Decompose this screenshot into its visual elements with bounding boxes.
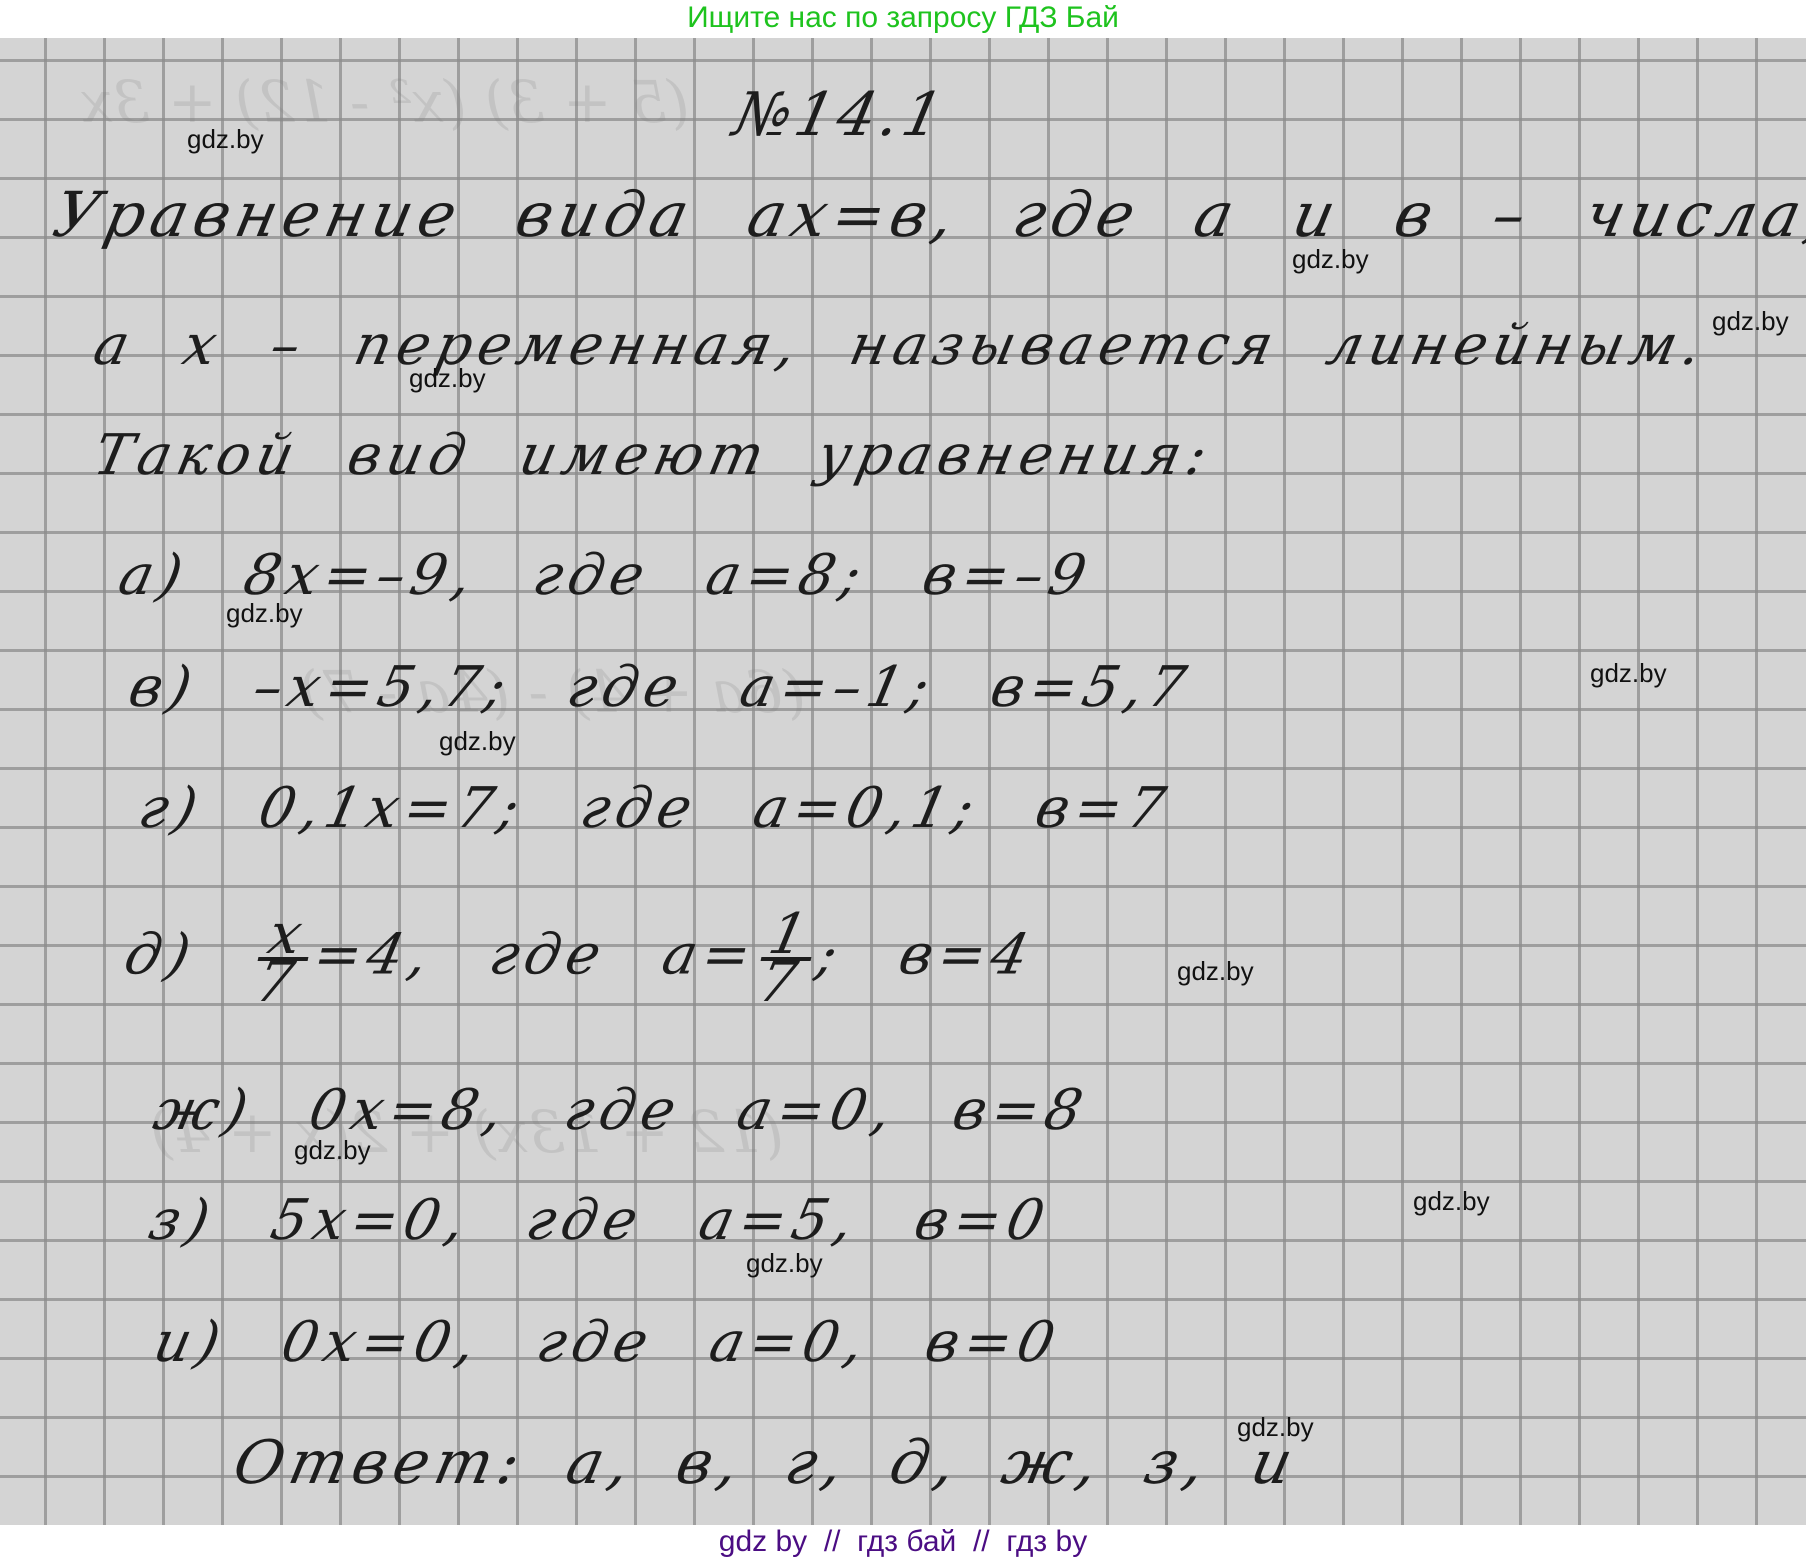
item-label: з) — [143, 1188, 221, 1253]
item-values: а=0,1; в=7 — [748, 776, 1177, 841]
item-label: ж) — [148, 1078, 259, 1143]
item-where: где — [528, 543, 657, 608]
item-label: в) — [123, 655, 203, 720]
item-z: з) 5х=0, где а=5, в=0 — [143, 1188, 1056, 1253]
definition-line-1: Уравнение вида ах=в, где а и в – числа, — [47, 178, 1806, 251]
item-values: а=0, в=8 — [732, 1078, 1095, 1143]
item-equation: 0х=0, — [276, 1310, 487, 1375]
item-label: г) — [133, 776, 209, 841]
item-equation-rest: =4, — [308, 923, 440, 988]
item-i: и) 0х=0, где а=0, в=0 — [148, 1310, 1066, 1375]
watermark: gdz.by — [1292, 244, 1369, 274]
item-equation: –х=5,7; — [247, 655, 517, 720]
item-where: где — [562, 655, 691, 720]
watermark: gdz.by — [746, 1248, 823, 1278]
fraction-denominator: 7 — [248, 961, 307, 1005]
item-equation: 0,1х=7; — [253, 776, 531, 841]
item-label: и) — [148, 1310, 232, 1375]
watermark: gdz.by — [1590, 658, 1667, 688]
item-d: д) х 7 =4, где а= 1 7 ; в=4 — [115, 913, 1042, 1005]
item-zh: ж) 0х=8, где а=0, в=8 — [148, 1078, 1094, 1143]
watermark: gdz.by — [1413, 1186, 1490, 1216]
watermark: gdz.by — [1177, 956, 1254, 986]
item-values: а=8; в=–9 — [700, 543, 1098, 608]
watermark: gdz.by — [409, 363, 486, 393]
notebook-page: (5 + 3) (x² - 12) + 3x (6a + 4) - (4a - … — [0, 38, 1806, 1525]
item-equation: 0х=8, — [303, 1078, 514, 1143]
item-values: а=5, в=0 — [693, 1188, 1056, 1253]
search-hint-text: Ищите нас по запросу ГДЗ Бай — [687, 1, 1119, 35]
watermark: gdz.by — [187, 124, 264, 154]
answer-line: Ответ: а, в, г, д, ж, з, и — [228, 1428, 1305, 1498]
item-label: д) — [119, 923, 202, 988]
item-where: где — [531, 1310, 660, 1375]
item-where: где — [521, 1188, 650, 1253]
intro-line: Такой вид имеют уравнения: — [88, 423, 1219, 488]
footer-links-text: gdz by // гдз бай // гдз by — [719, 1525, 1087, 1559]
top-banner: Ищите нас по запросу ГДЗ Бай — [0, 0, 1806, 38]
watermark: gdz.by — [226, 598, 303, 628]
fraction-denominator: 7 — [751, 961, 810, 1005]
item-equation: 5х=0, — [265, 1188, 476, 1253]
watermark: gdz.by — [1237, 1412, 1314, 1442]
definition-line-2: а х – переменная, называется линейным. — [88, 313, 1713, 378]
watermark: gdz.by — [439, 726, 516, 756]
item-g: г) 0,1х=7; где а=0,1; в=7 — [133, 776, 1177, 841]
watermark: gdz.by — [1712, 306, 1789, 336]
watermark: gdz.by — [294, 1135, 371, 1165]
item-where: где — [559, 1078, 688, 1143]
item-label: а) — [113, 543, 194, 608]
item-where: где — [484, 923, 613, 988]
item-values-rest: ; в=4 — [811, 923, 1041, 988]
item-values-prefix: а= — [657, 923, 763, 988]
bleed-through-text: (5 + 3) (x² - 12) + 3x — [80, 68, 690, 136]
item-values: а=–1; в=5,7 — [734, 655, 1197, 720]
problem-number: №14.1 — [728, 80, 953, 150]
item-where: где — [575, 776, 704, 841]
item-values: а=0, в=0 — [704, 1310, 1067, 1375]
footer-banner: gdz by // гдз бай // гдз by — [0, 1525, 1806, 1562]
item-v: в) –х=5,7; где а=–1; в=5,7 — [123, 655, 1197, 720]
fraction-x-over-7: х 7 — [248, 913, 317, 1005]
